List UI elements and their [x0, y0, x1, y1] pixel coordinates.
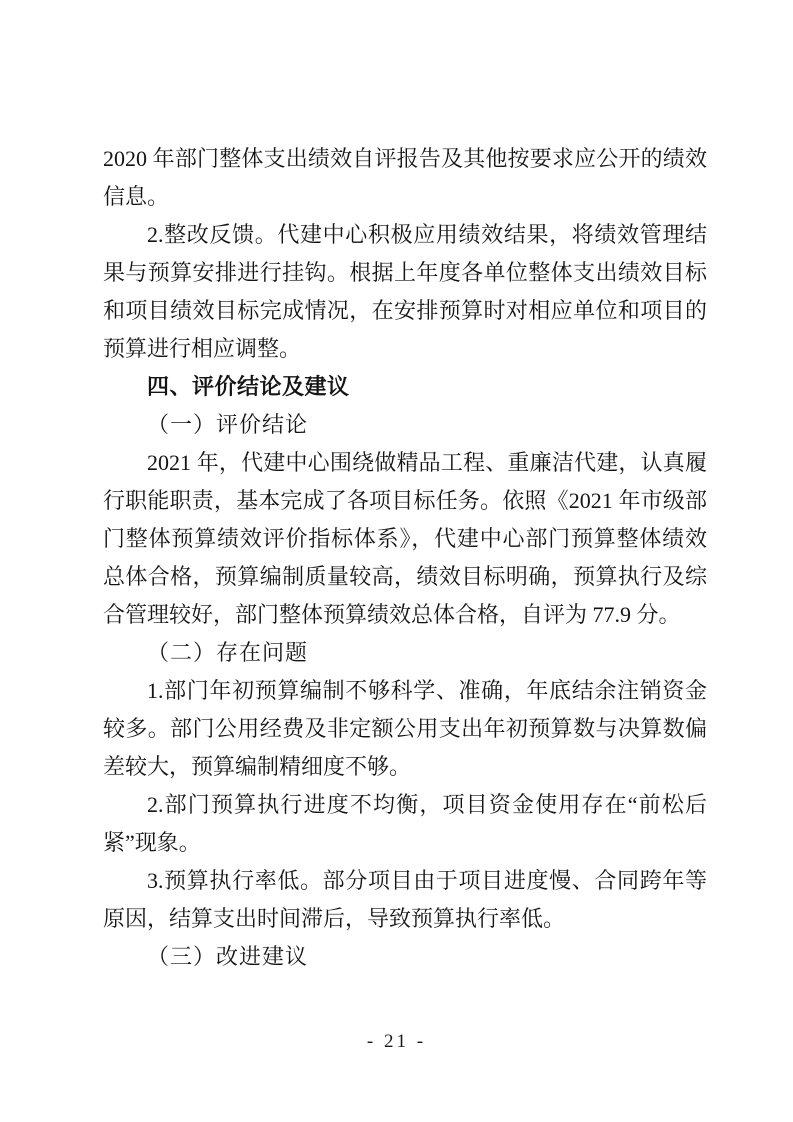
- document-body: 2020 年部门整体支出绩效自评报告及其他按要求应公开的绩效信息。 2.整改反馈…: [103, 140, 707, 976]
- subsection-heading: （二）存在问题: [103, 634, 707, 672]
- subsection-heading: （一）评价结论: [103, 406, 707, 444]
- section-heading: 四、评价结论及建议: [103, 368, 707, 406]
- paragraph: 2.整改反馈。代建中心积极应用绩效结果，将绩效管理结果与预算安排进行挂钩。根据上…: [103, 216, 707, 368]
- paragraph: 3.预算执行率低。部分项目由于项目进度慢、合同跨年等原因，结算支出时间滞后，导致…: [103, 862, 707, 938]
- paragraph: 2.部门预算执行进度不均衡，项目资金使用存在“前松后紧”现象。: [103, 786, 707, 862]
- page-number: - 21 -: [0, 1030, 793, 1054]
- subsection-heading: （三）改进建议: [103, 938, 707, 976]
- paragraph-continued: 2020 年部门整体支出绩效自评报告及其他按要求应公开的绩效信息。: [103, 140, 707, 216]
- paragraph: 2021 年，代建中心围绕做精品工程、重廉洁代建，认真履行职能职责，基本完成了各…: [103, 444, 707, 634]
- paragraph: 1.部门年初预算编制不够科学、准确，年底结余注销资金较多。部门公用经费及非定额公…: [103, 672, 707, 786]
- document-page: 2020 年部门整体支出绩效自评报告及其他按要求应公开的绩效信息。 2.整改反馈…: [0, 0, 793, 1122]
